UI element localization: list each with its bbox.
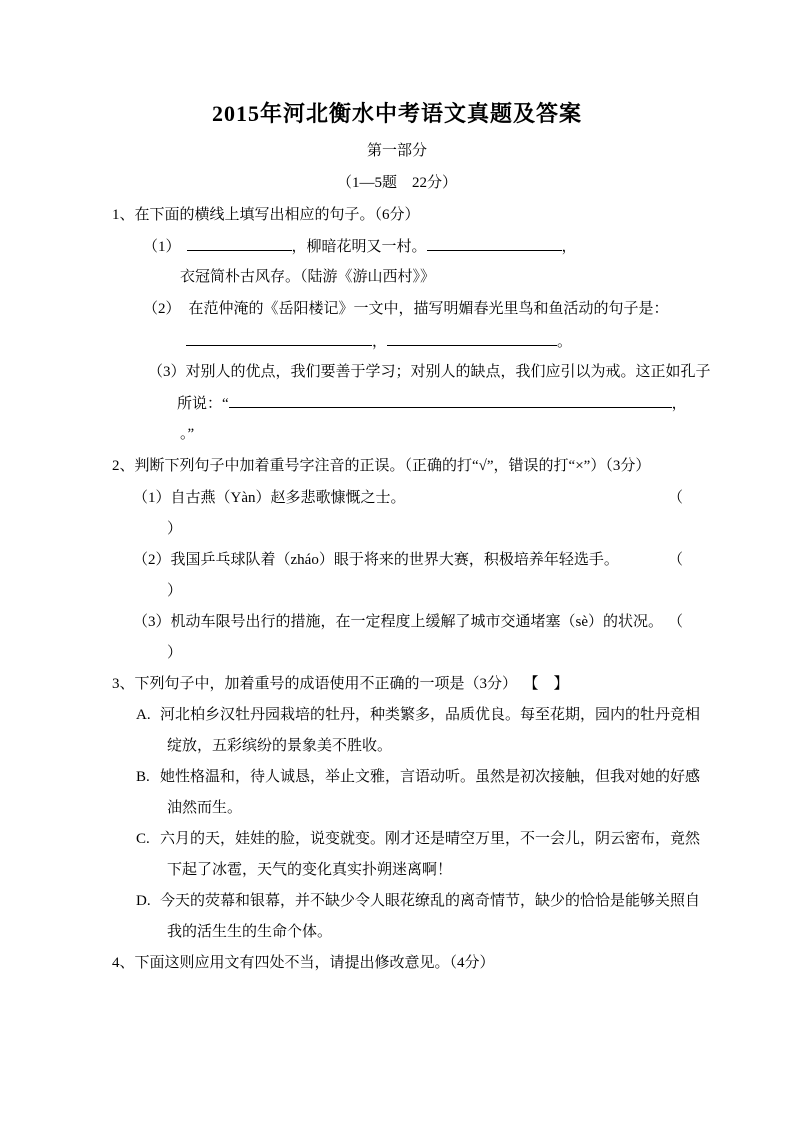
q2-item1-line1: （1）自古燕（Yàn）赵多悲歌慷慨之士。 （ <box>0 488 794 508</box>
q3-option-a-line1: A.河北柏乡汉牡丹园栽培的牡丹，种类繁多，品质优良。每至花期，园内的牡丹竞相 <box>136 705 700 725</box>
q3-option-a-label: A. <box>136 705 160 725</box>
q1-item2-sep: ， <box>372 334 387 350</box>
q1-item3-line3: 。” <box>180 424 194 444</box>
q1-item3-tail: ， <box>672 396 687 412</box>
section-heading: 第一部分 <box>0 141 794 161</box>
q1-item2-label: （2） <box>143 301 181 317</box>
q2-item1-text: （1）自古燕（Yàn）赵多悲歌慷慨之士。 <box>133 488 406 508</box>
q1-item1-line2: 衣冠简朴古风存。（陆游《游山西村》》 <box>180 267 435 287</box>
q4-stem: 4、下面这则应用文有四处不当，请提出修改意见。（4分） <box>112 953 495 973</box>
q1-item3-line2: 所说：“， <box>177 393 687 413</box>
q2-item2-text: （2）我国乒乓球队着（zháo）眼于将来的世界大赛，积极培养年轻选手。 <box>133 550 619 570</box>
q2-stem: 2、判断下列句子中加着重号字注音的正误。（正确的打“√”，错误的打“×”）（3分… <box>112 456 650 476</box>
q1-item3-line1: （3）对别人的优点，我们要善于学习；对别人的缺点，我们应引以为戒。这正如孔子 <box>148 362 711 382</box>
q1-item2-text: 在范仲淹的《岳阳楼记》一文中，描写明媚春光里鸟和鱼活动的句子是： <box>189 301 669 317</box>
q3-option-a-text: 河北柏乡汉牡丹园栽培的牡丹，种类繁多，品质优良。每至花期，园内的牡丹竞相 <box>160 707 700 723</box>
q2-item3-line1: （3）机动车限号出行的措施，在一定程度上缓解了城市交通堵塞（sè）的状况。 （ <box>0 612 794 632</box>
q2-item1-close-paren: ） <box>167 519 182 539</box>
answer-blank-underline <box>387 331 557 346</box>
q1-item3-prefix: 所说：“ <box>177 396 229 412</box>
q2-item2-open-paren: （ <box>668 550 683 570</box>
q3-option-c-line2: 下起了冰雹，天气的变化真实扑朔迷离啊！ <box>167 860 452 880</box>
q1-item1-label: （1） <box>143 239 181 255</box>
answer-blank-underline <box>229 393 672 408</box>
answer-blank-underline <box>187 236 292 251</box>
q3-answer-brackets: 【 】 <box>531 676 569 692</box>
q3-option-b-line2: 油然而生。 <box>167 798 242 818</box>
q3-option-c-label: C. <box>136 829 160 849</box>
q2-item1-open-paren: （ <box>668 488 683 508</box>
q2-item3-open-paren: （ <box>668 612 683 632</box>
q1-stem: 1、在下面的横线上填写出相应的句子。（6分） <box>112 205 420 225</box>
q3-stem-line: 3、下列句子中，加着重号的成语使用不正确的一项是（3分）【 】 <box>112 674 569 694</box>
q3-option-b-line1: B.她性格温和，待人诚恳，举止文雅，言语动听。虽然是初次接触，但我对她的好感 <box>136 767 700 787</box>
q3-stem: 3、下列句子中，加着重号的成语使用不正确的一项是（3分） <box>112 676 517 692</box>
q1-item2-line2: ，。 <box>186 331 572 351</box>
q3-option-d-line2: 我的活生生的生命个体。 <box>167 922 332 942</box>
q2-item3-close-paren: ） <box>167 643 182 663</box>
q3-option-d-label: D. <box>136 891 160 911</box>
q1-item1-tail: ， <box>562 239 577 255</box>
q2-item2-close-paren: ） <box>167 581 182 601</box>
document-page: 2015年河北衡水中考语文真题及答案 第一部分 （1—5题 22分） 1、在下面… <box>0 0 794 1123</box>
q3-option-a-line2: 绽放，五彩缤纷的景象美不胜收。 <box>167 736 392 756</box>
answer-blank-underline <box>186 331 372 346</box>
q2-item3-text: （3）机动车限号出行的措施，在一定程度上缓解了城市交通堵塞（sè）的状况。 <box>133 612 663 632</box>
answer-blank-underline <box>427 236 562 251</box>
q3-option-b-label: B. <box>136 767 160 787</box>
q3-option-c-text: 六月的天，娃娃的脸，说变就变。刚才还是晴空万里，不一会儿，阴云密布，竟然 <box>160 831 700 847</box>
q2-item2-line1: （2）我国乒乓球队着（zháo）眼于将来的世界大赛，积极培养年轻选手。 （ <box>0 550 794 570</box>
section-subheading: （1—5题 22分） <box>0 173 794 193</box>
q3-option-d-text: 今天的荧幕和银幕，并不缺少令人眼花缭乱的离奇情节，缺少的恰恰是能够关照自 <box>160 893 700 909</box>
q1-item1-line1: （1），柳暗花明又一村。， <box>143 236 577 256</box>
q1-item2-end: 。 <box>557 334 572 350</box>
document-title: 2015年河北衡水中考语文真题及答案 <box>0 100 794 128</box>
q3-option-d-line1: D.今天的荧幕和银幕，并不缺少令人眼花缭乱的离奇情节，缺少的恰恰是能够关照自 <box>136 891 700 911</box>
q1-item1-mid: ，柳暗花明又一村。 <box>292 239 427 255</box>
q3-option-b-text: 她性格温和，待人诚恳，举止文雅，言语动听。虽然是初次接触，但我对她的好感 <box>160 769 700 785</box>
q1-item2-line1: （2）在范仲淹的《岳阳楼记》一文中，描写明媚春光里鸟和鱼活动的句子是： <box>143 299 669 319</box>
q3-option-c-line1: C.六月的天，娃娃的脸，说变就变。刚才还是晴空万里，不一会儿，阴云密布，竟然 <box>136 829 700 849</box>
